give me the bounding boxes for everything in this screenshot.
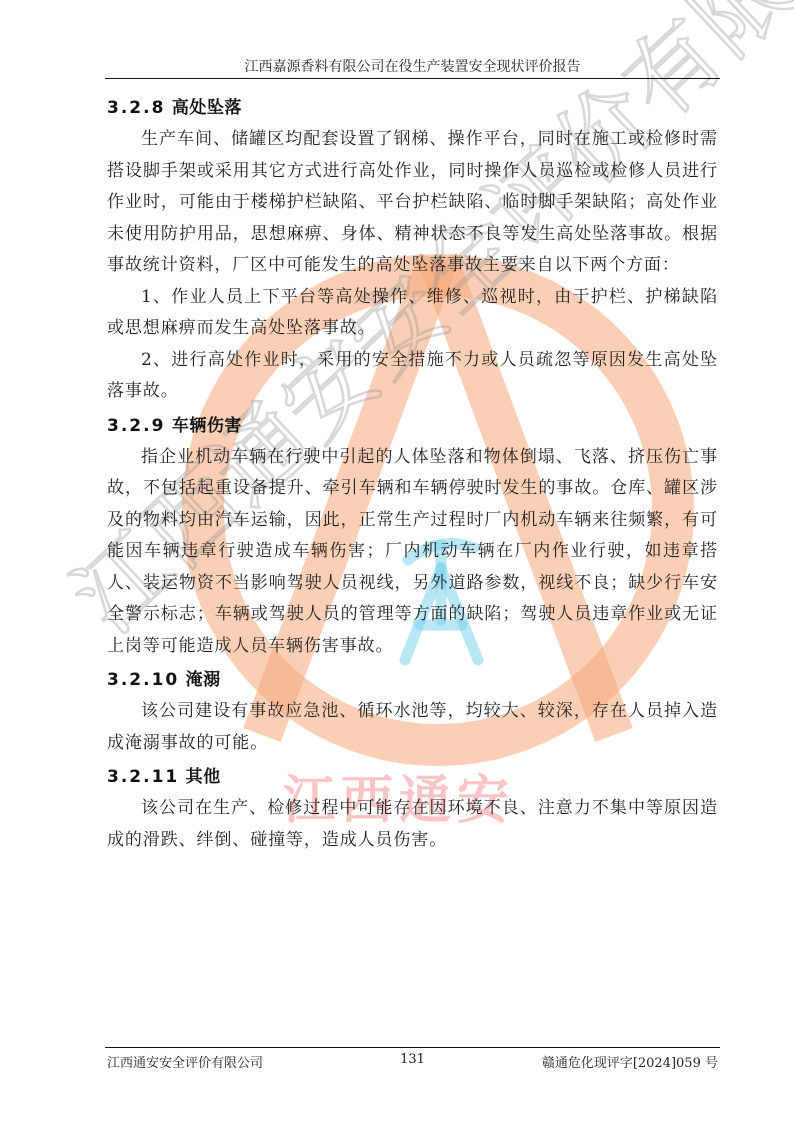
section-title: 高处坠落 bbox=[172, 98, 242, 118]
section-title: 其他 bbox=[186, 767, 221, 787]
page-footer: 江西通安安全评价有限公司 131 赣通危化现评字[2024]059 号 bbox=[107, 1052, 718, 1072]
section-title: 淹溺 bbox=[186, 670, 221, 690]
footer-divider bbox=[105, 1047, 720, 1048]
paragraph: 指企业机动车辆在行驶中引起的人体坠落和物体倒塌、飞落、挤压伤亡事故，不包括起重设… bbox=[107, 442, 718, 663]
header-divider bbox=[105, 78, 720, 79]
paragraph: 生产车间、储罐区均配套设置了钢梯、操作平台，同时在施工或检修时需搭设脚手架或采用… bbox=[107, 124, 718, 282]
section-number: 3.2.8 bbox=[107, 98, 165, 118]
section-title: 车辆伤害 bbox=[172, 416, 242, 436]
document-page: 江西通安安全评价有限公司 江西通安 江西嘉源香料有限公司在役生产装置安全现状评价… bbox=[0, 0, 794, 1123]
section-number: 3.2.9 bbox=[107, 416, 165, 436]
section-number: 3.2.11 bbox=[107, 767, 179, 787]
section-heading-3-2-9: 3.2.9 车辆伤害 bbox=[107, 408, 718, 442]
section-heading-3-2-8: 3.2.8 高处坠落 bbox=[107, 90, 718, 124]
running-header: 江西嘉源香料有限公司在役生产装置安全现状评价报告 bbox=[107, 56, 718, 76]
paragraph: 该公司在生产、检修过程中可能存在因环境不良、注意力不集中等原因造成的滑跌、绊倒、… bbox=[107, 793, 718, 856]
section-number: 3.2.10 bbox=[107, 670, 179, 690]
paragraph: 该公司建设有事故应急池、循环水池等，均较大、较深，存在人员掉入造成淹溺事故的可能… bbox=[107, 696, 718, 759]
section-heading-3-2-11: 3.2.11 其他 bbox=[107, 759, 718, 793]
paragraph-list-item: 1、作业人员上下平台等高处操作、维修、巡视时，由于护栏、护梯缺陷或思想麻痹而发生… bbox=[107, 282, 718, 345]
section-heading-3-2-10: 3.2.10 淹溺 bbox=[107, 662, 718, 696]
paragraph-list-item: 2、进行高处作业时，采用的安全措施不力或人员疏忽等原因发生高处坠落事故。 bbox=[107, 345, 718, 408]
document-code: 赣通危化现评字[2024]059 号 bbox=[542, 1052, 718, 1071]
document-body: 3.2.8 高处坠落 生产车间、储罐区均配套设置了钢梯、操作平台，同时在施工或检… bbox=[107, 90, 718, 856]
